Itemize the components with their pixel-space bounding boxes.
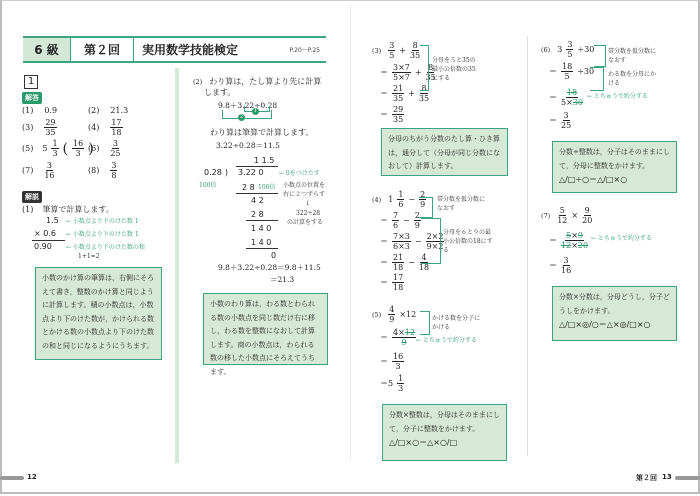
long-division-row: 1 4 0 — [251, 224, 271, 233]
lcm-note: 分母を５と35の最小公倍数の35にする — [432, 56, 480, 83]
lcm-note: 分母を６と９の最小公倍数の18にする — [443, 228, 493, 255]
answer-label: (3) — [22, 123, 33, 132]
long-division-row: 1 4 0 — [251, 238, 271, 247]
fraction: 325 — [110, 139, 120, 158]
page-range: P.20〜P.25 — [290, 45, 326, 54]
problem-text-cont: します。 — [204, 87, 235, 98]
multiply-bracket — [420, 311, 430, 335]
tip-text: 分数×整数は，分母はそのままにして，分子に整数をかけます。 — [389, 411, 500, 433]
mult-note-1: ← 小数点より下のけた数 1 — [66, 217, 139, 226]
cancel-note: ← とちゅうで約分する — [587, 92, 648, 101]
problem-text: わり算は，たし算より先に計算 — [209, 76, 321, 87]
chapter-header: 6 級 第２回 実用数学技能検定 P.20〜P.25 — [23, 36, 326, 63]
calc-note: 322÷28 — [296, 209, 320, 218]
denominator: 3 — [52, 149, 57, 158]
step-2-marker: 2 — [238, 114, 245, 121]
improper-fraction: 163 — [72, 139, 84, 158]
dividend: 3.22 0 — [238, 168, 263, 177]
problem-label: (4) — [372, 196, 381, 204]
cancel-note: ← とちゅうで約分する — [416, 336, 477, 345]
mixed-note: 帯分数を仮分数になおす — [437, 195, 487, 213]
answer-label: (7) — [22, 166, 33, 175]
problem-label: (7) — [541, 212, 550, 220]
tip-box-decimal-division: 小数のわり算は，わる数とわられる数の小数点を同じ数だけ右に移し，わる数を整数にな… — [203, 293, 328, 365]
answer-7: (7) 316 — [22, 161, 56, 180]
lcm-bracket — [420, 45, 429, 91]
long-division-row: 2 8 — [242, 183, 255, 192]
formula-shapes: △/□÷○＝△/□×○ — [559, 175, 627, 184]
answer-label: (2) — [88, 106, 99, 115]
column-rule — [175, 68, 179, 463]
answer-4: (4) 1718 — [88, 118, 124, 137]
denominator: 16 — [44, 171, 54, 180]
footer-round-label: 第２回 — [636, 473, 657, 483]
fraction: 316 — [44, 161, 54, 180]
mult-line-1: 1.5 — [46, 216, 59, 225]
long-division-row: 4 2 — [251, 196, 264, 205]
mixed-bracket — [419, 197, 433, 218]
down-arrow-icon: ↓ — [305, 199, 310, 208]
answer-label: (4) — [88, 123, 99, 132]
footer-bar-left — [0, 476, 24, 480]
lcm-bracket — [421, 218, 441, 264]
mult-note-2: ← 小数点より下のけた数 1 — [66, 230, 139, 239]
exp3-line-4: ＝2935 — [380, 105, 405, 124]
answer-1: (1) 0.9 — [22, 106, 57, 115]
divide-bracket — [590, 67, 604, 91]
answer-label: (8) — [88, 166, 99, 175]
exp2-intro: (2) わり算は，たし算より先に計算 — [193, 76, 321, 87]
result-equation: 9.8＋3.22÷0.28＝9.8＋11.5 — [218, 262, 321, 273]
exp5-line-1: (5) 49×12 — [372, 305, 416, 324]
division-rule — [236, 193, 278, 194]
divisor: 0.28) — [204, 168, 228, 177]
problem-text: 筆算で計算します。 — [42, 204, 113, 215]
problem-label: (3) — [372, 47, 381, 55]
exp5-line-2: ＝4×129 — [380, 328, 417, 347]
mult-line-2: × 0.6 — [34, 229, 56, 238]
answer-label: (6) — [88, 144, 99, 153]
numerator: 1 — [51, 139, 58, 149]
multiply-note: かける数を分子にかける — [432, 314, 480, 332]
numerator: 3 — [46, 161, 53, 171]
equation: 3.22÷0.28＝11.5 — [216, 140, 280, 151]
mult-note-3: ← 小数点より下のけた数の和 — [66, 243, 145, 252]
whole-number: 5 — [42, 144, 47, 153]
question-number: 1 — [24, 75, 38, 89]
explanation-tag: 解説 — [22, 191, 42, 203]
fraction: 1718 — [110, 118, 122, 137]
step-1-marker: 1 — [252, 108, 259, 115]
answer-label: (1) — [22, 106, 33, 115]
exp6-line-2: ＝185÷30 — [549, 62, 594, 81]
mult-rule — [32, 240, 65, 241]
denominator: 8 — [111, 171, 116, 180]
footer-bar-right — [675, 476, 700, 480]
numerator: 17 — [110, 118, 122, 128]
exp1-intro: (1) 筆算で計算します。 — [22, 204, 114, 215]
answer-6: (6) 325 — [88, 139, 122, 158]
denominator: 18 — [111, 128, 121, 137]
exp7-line-2: ＝5×912×20 — [549, 231, 589, 250]
exp3-line-1: (3) 35+835 — [372, 41, 421, 60]
mult-note-4: 1+1=2 — [78, 252, 100, 261]
page-title: 実用数学技能検定 — [134, 41, 290, 58]
tip-box-decimal-multiplication: 小数のかけ算の筆算は，右側にそろえて書き，整数のかけ算と同じように計算します。積… — [35, 267, 162, 360]
problem-text: わり算は筆算で計算します。 — [210, 127, 313, 138]
division-rule — [246, 248, 278, 249]
numerator: 3 — [112, 139, 119, 149]
round-label: 第２回 — [71, 38, 134, 61]
denominator: 25 — [110, 149, 120, 158]
answer-tag: 解答 — [22, 92, 42, 104]
answer-value: 21.3 — [110, 106, 128, 115]
exp6-line-4: ＝325 — [549, 111, 572, 130]
page-number-left: 12 — [27, 473, 37, 481]
fraction: 2935 — [44, 118, 56, 137]
fraction: 13 — [51, 139, 58, 158]
problem-label: (5) — [372, 311, 381, 319]
answer-3: (3) 2935 — [22, 118, 58, 137]
page-number-right: 13 — [662, 473, 672, 481]
division-bar — [236, 166, 278, 167]
numerator: 3 — [110, 161, 117, 171]
tip-box-fraction-times-fraction: 分数×分数は，分母どうし，分子どうしをかけます。 △/□×◎/○＝△×◎/□×○ — [552, 286, 677, 341]
formula-shapes: △/□×○＝△×○/□ — [389, 438, 457, 447]
problem-label: (1) — [22, 205, 33, 214]
mixed-note: 帯分数を仮分数になおす — [608, 47, 656, 65]
result-value: ＝21.3 — [270, 274, 294, 285]
exp6-line-3: ＝185×30 — [549, 88, 584, 107]
fraction: 38 — [110, 161, 117, 180]
problem-label: (2) — [193, 78, 202, 86]
exp7-line-1: (7) 512×920 — [541, 206, 593, 225]
formula-shapes: △/□×◎/○＝△×◎/□×○ — [559, 320, 651, 329]
calc-note: の計算をする — [287, 218, 323, 227]
shift-note: 小数点の位置を — [283, 181, 325, 190]
tip-text: 分数÷整数は，分子はそのままにして，分母に整数をかけます。 — [559, 148, 670, 170]
divide-note: わる数を分母にかける — [608, 70, 656, 88]
tip-box-fraction-times-integer: 分数×整数は，分母はそのままにして，分子に整数をかけます。 △/□×○＝△×○/… — [382, 404, 507, 461]
page-gutter — [350, 5, 351, 460]
denominator: 3 — [76, 149, 81, 158]
answer-value: 0.9 — [44, 106, 57, 115]
denominator: 35 — [45, 128, 55, 137]
grade-label: 6 級 — [23, 38, 71, 61]
quotient: 1 1.5 — [254, 156, 274, 165]
tip-text: 分数×分数は，分母どうし，分子どうしをかけます。 — [559, 293, 670, 315]
tip-box-fraction-addition: 分母のちがう分数のたし算・ひき算は，通分して（分母が同じ分数になおして）計算しま… — [381, 128, 508, 176]
exp5-line-3: ＝163 — [380, 352, 405, 371]
answer-label: (5) — [22, 144, 33, 153]
numerator: 16 — [72, 139, 84, 149]
problem-label: (6) — [541, 46, 550, 54]
exp4-line-5: ＝1718 — [380, 273, 405, 292]
answer-5: (5) 5 13 (163) — [22, 139, 94, 158]
exp4-line-2: ＝76−29 — [380, 211, 422, 230]
shift-note: 右に２つずらす — [283, 190, 325, 199]
times-100-label: 100倍 — [258, 183, 275, 192]
exp6-line-1: (6) 335÷30 — [541, 40, 594, 59]
division-rule — [246, 220, 278, 221]
times-100-label: 100倍 — [199, 181, 216, 190]
exp7-line-3: ＝316 — [549, 256, 572, 275]
long-division-row: 0 — [271, 251, 276, 260]
tip-box-fraction-divide-integer: 分数÷整数は，分子はそのままにして，分母に整数をかけます。 △/□÷○＝△/□×… — [552, 141, 677, 193]
mult-line-3: 0.90 — [34, 242, 52, 251]
exp5-line-4: ＝513 — [380, 374, 405, 393]
divisor-value: 0.28 — [204, 168, 222, 177]
mixed-bracket — [594, 45, 606, 67]
answer-8: (8) 38 — [88, 161, 118, 180]
cancel-note: ← とちゅうで約分する — [591, 234, 652, 243]
answer-2: (2) 21.3 — [88, 106, 128, 115]
numerator: 29 — [44, 118, 56, 128]
append-zero-note: ← 0をつけたす — [279, 169, 320, 178]
long-division-row: 2 8 — [251, 210, 264, 219]
column-rule — [527, 36, 528, 456]
